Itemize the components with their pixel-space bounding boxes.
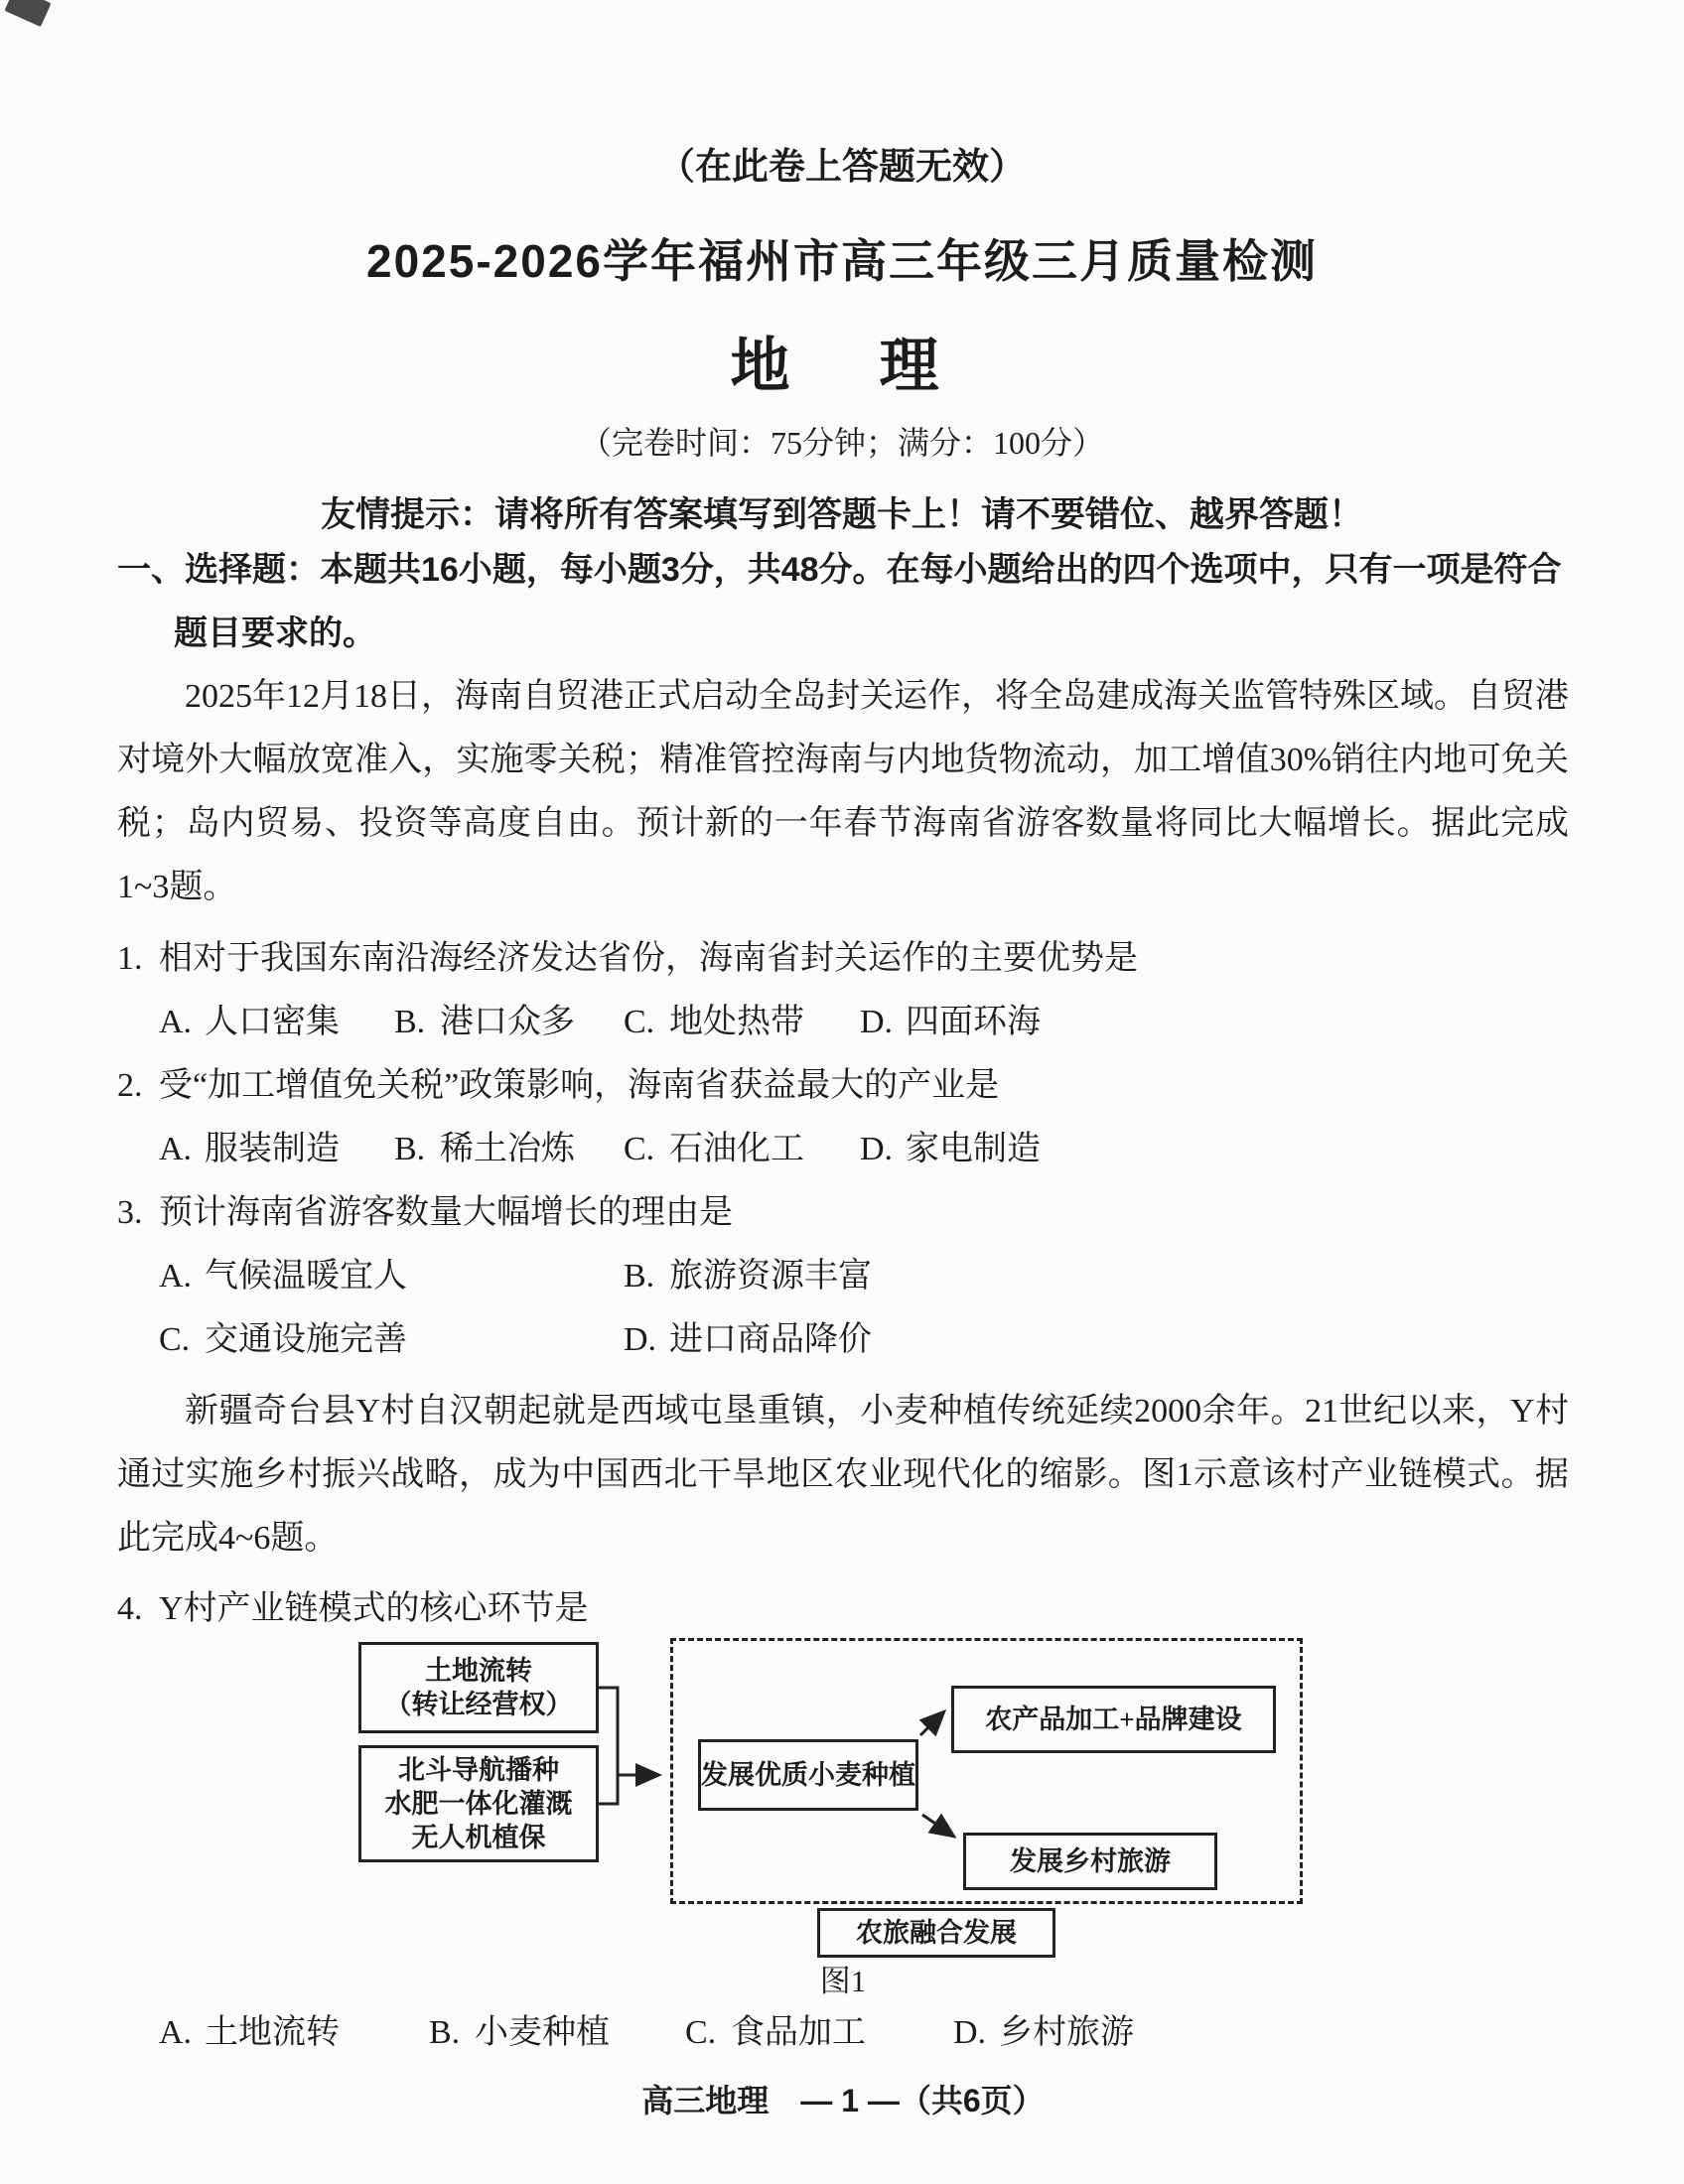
option-4b: B.小麦种植 — [429, 2001, 685, 2065]
option-3b-text: 旅游资源丰富 — [669, 1258, 872, 1295]
figure-box-agri-tourism-integration: 农旅融合发展 — [817, 1908, 1055, 1958]
question-4-number: 4. — [117, 1580, 159, 1638]
section-1-heading: 一、选择题：本题共16小题，每小题3分，共48分。在每小题给出的四个选项中，只有… — [117, 538, 1569, 665]
option-3b-label: B. — [624, 1245, 669, 1308]
option-2d-label: D. — [860, 1118, 906, 1181]
passage-xinjiang: 新疆奇台县Y村自汉朝起就是西域屯垦重镇，小麦种植传统延续2000余年。21世纪以… — [117, 1380, 1569, 1570]
option-3d: D.进口商品降价 — [624, 1308, 1088, 1372]
wheat-planting-text: 发展优质小麦种植 — [701, 1758, 915, 1792]
option-1d: D.四面环海 — [860, 991, 1041, 1054]
agritech-line1: 北斗导航播种 — [398, 1753, 559, 1787]
question-2-line: 2.受“加工增值免关税”政策影响，海南省获益最大的产业是 — [117, 1054, 1569, 1118]
figure-1-diagram: 土地流转 （转让经营权） 北斗导航播种 水肥一体化灌溉 无人机植保 发展优质小麦… — [358, 1638, 1307, 1958]
option-4d-text: 乡村旅游 — [999, 2014, 1134, 2051]
option-2a-label: A. — [159, 1118, 205, 1181]
question-3-options-row-1: A.气候温暖宜人B.旅游资源丰富 — [159, 1245, 1569, 1308]
option-1d-label: D. — [860, 991, 906, 1054]
passage-hainan: 2025年12月18日，海南自贸港正式启动全岛封关运作，将全岛建成海关监管特殊区… — [117, 665, 1569, 919]
question-1: 1.相对于我国东南沿海经济发达省份，海南省封关运作的主要优势是 A.人口密集B.… — [117, 927, 1569, 1054]
option-1c-text: 地处热带 — [669, 1004, 804, 1040]
figure-1-caption: 图1 — [117, 1962, 1569, 2001]
question-1-text: 相对于我国东南沿海经济发达省份，海南省封关运作的主要优势是 — [159, 940, 1138, 977]
friendly-reminder: 友情提示：请将所有答案填写到答题卡上！请不要错位、越界答题！ — [0, 492, 1684, 538]
option-1b: B.港口众多 — [394, 991, 624, 1054]
exam-page: （在此卷上答题无效） 2025-2026学年福州市高三年级三月质量检测 地 理 … — [0, 145, 1684, 2122]
option-3a-label: A. — [159, 1245, 205, 1308]
question-2-text: 受“加工增值免关税”政策影响，海南省获益最大的产业是 — [159, 1067, 999, 1104]
question-4-text: Y村产业链模式的核心环节是 — [159, 1590, 589, 1627]
figure-box-rural-tourism: 发展乡村旅游 — [963, 1833, 1217, 1890]
question-4-options: A.土地流转B.小麦种植C.食品加工D.乡村旅游 — [159, 2001, 1569, 2065]
invalid-answer-notice: （在此卷上答题无效） — [0, 145, 1684, 189]
land-transfer-line2: （转让经营权） — [385, 1688, 573, 1721]
figure-box-wheat-planting: 发展优质小麦种植 — [698, 1739, 918, 1811]
option-3c: C.交通设施完善 — [159, 1308, 624, 1372]
option-2c-text: 石油化工 — [669, 1131, 804, 1167]
question-2-number: 2. — [117, 1054, 159, 1118]
option-3c-text: 交通设施完善 — [205, 1321, 407, 1358]
rural-tourism-text: 发展乡村旅游 — [1010, 1844, 1171, 1878]
option-4b-label: B. — [429, 2001, 475, 2065]
option-1d-text: 四面环海 — [906, 1004, 1041, 1040]
option-2a: A.服装制造 — [159, 1118, 394, 1181]
option-3a-text: 气候温暖宜人 — [205, 1258, 407, 1295]
question-3-text: 预计海南省游客数量大幅增长的理由是 — [159, 1194, 733, 1231]
exam-title: 2025-2026学年福州市高三年级三月质量检测 — [0, 232, 1684, 290]
question-3: 3.预计海南省游客数量大幅增长的理由是 A.气候温暖宜人B.旅游资源丰富 C.交… — [117, 1181, 1569, 1372]
option-1a-text: 人口密集 — [205, 1004, 340, 1040]
question-4-line: 4.Y村产业链模式的核心环节是 — [117, 1580, 1569, 1638]
option-1b-text: 港口众多 — [440, 1004, 575, 1040]
figure-box-processing-brand: 农产品加工+品牌建设 — [951, 1686, 1276, 1753]
option-1a-label: A. — [159, 991, 205, 1054]
question-3-number: 3. — [117, 1181, 159, 1245]
option-4c-label: C. — [685, 2001, 731, 2065]
option-4b-text: 小麦种植 — [475, 2014, 610, 2051]
question-3-line: 3.预计海南省游客数量大幅增长的理由是 — [117, 1181, 1569, 1245]
question-1-options: A.人口密集B.港口众多C.地处热带D.四面环海 — [159, 991, 1569, 1054]
option-4d: D.乡村旅游 — [953, 2001, 1134, 2065]
option-2c-label: C. — [624, 1118, 669, 1181]
option-3a: A.气候温暖宜人 — [159, 1245, 624, 1308]
processing-brand-text: 农产品加工+品牌建设 — [985, 1703, 1241, 1736]
option-4a-label: A. — [159, 2001, 205, 2065]
option-1a: A.人口密集 — [159, 991, 394, 1054]
option-2b: B.稀土冶炼 — [394, 1118, 624, 1181]
question-3-options-row-2: C.交通设施完善D.进口商品降价 — [159, 1308, 1569, 1372]
paper-body: 一、选择题：本题共16小题，每小题3分，共48分。在每小题给出的四个选项中，只有… — [0, 538, 1684, 2122]
option-4c-text: 食品加工 — [731, 2014, 866, 2051]
option-2d-text: 家电制造 — [906, 1131, 1041, 1167]
option-2b-label: B. — [394, 1118, 440, 1181]
option-4a-text: 土地流转 — [205, 2014, 340, 2051]
question-1-number: 1. — [117, 927, 159, 991]
option-3d-text: 进口商品降价 — [669, 1321, 872, 1358]
option-1b-label: B. — [394, 991, 440, 1054]
figure-box-agritech: 北斗导航播种 水肥一体化灌溉 无人机植保 — [358, 1745, 599, 1862]
time-score-line: （完卷时间：75分钟；满分：100分） — [0, 423, 1684, 463]
question-2: 2.受“加工增值免关税”政策影响，海南省获益最大的产业是 A.服装制造B.稀土冶… — [117, 1054, 1569, 1181]
option-4c: C.食品加工 — [685, 2001, 953, 2065]
agri-tourism-integration-text: 农旅融合发展 — [856, 1916, 1017, 1950]
figure-box-land-transfer: 土地流转 （转让经营权） — [358, 1642, 599, 1733]
option-1c: C.地处热带 — [624, 991, 860, 1054]
option-1c-label: C. — [624, 991, 669, 1054]
option-4d-label: D. — [953, 2001, 999, 2065]
page-footer: 高三地理 — 1 —（共6页） — [117, 2079, 1569, 2122]
scan-artifact-mark — [4, 0, 51, 27]
subject-title: 地 理 — [0, 330, 1684, 403]
option-4a: A.土地流转 — [159, 2001, 429, 2065]
option-2c: C.石油化工 — [624, 1118, 860, 1181]
option-3c-label: C. — [159, 1308, 205, 1372]
option-2d: D.家电制造 — [860, 1118, 1041, 1181]
option-2b-text: 稀土冶炼 — [440, 1131, 575, 1167]
option-3d-label: D. — [624, 1308, 669, 1372]
option-2a-text: 服装制造 — [205, 1131, 340, 1167]
question-4: 4.Y村产业链模式的核心环节是 — [117, 1580, 1569, 1638]
land-transfer-line1: 土地流转 — [425, 1654, 532, 1688]
option-3b: B.旅游资源丰富 — [624, 1245, 1088, 1308]
question-1-line: 1.相对于我国东南沿海经济发达省份，海南省封关运作的主要优势是 — [117, 927, 1569, 991]
question-2-options: A.服装制造B.稀土冶炼C.石油化工D.家电制造 — [159, 1118, 1569, 1181]
agritech-line3: 无人机植保 — [412, 1821, 546, 1854]
agritech-line2: 水肥一体化灌溉 — [385, 1787, 573, 1821]
